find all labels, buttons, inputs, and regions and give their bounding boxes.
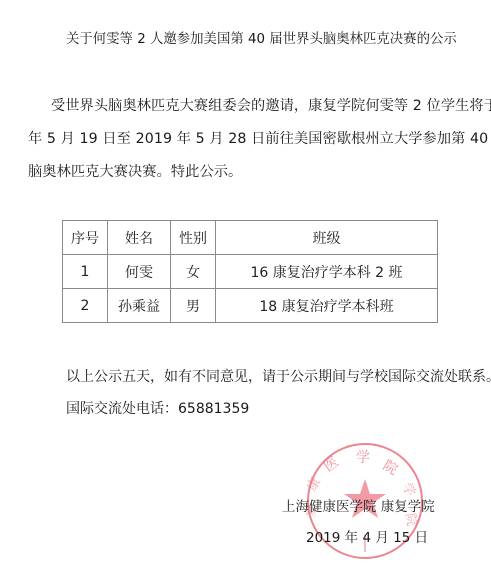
svg-text:医: 医	[321, 454, 342, 475]
cell-class: 16 康复治疗学本科 2 班	[216, 255, 438, 289]
page-title: 关于何雯等 2 人邀参加美国第 40 届世界头脑奥林匹克决赛的公示	[66, 28, 457, 47]
signature-institution: 上海健康医学院 康复学院	[282, 495, 435, 515]
table-header-row: 序号 姓名 性别 班级	[63, 221, 438, 255]
header-gender: 性别	[171, 221, 216, 255]
svg-text:学: 学	[356, 450, 370, 466]
body-line-3: 脑奥林匹克大赛决赛。特此公示。	[28, 161, 242, 181]
signature-date: 2019 年 4 月 15 日	[306, 526, 428, 546]
notice-text: 以上公示五天，如有不同意见，请于公示期间与学校国际交流处联系。	[66, 366, 491, 386]
cell-class: 18 康复治疗学本科班	[216, 289, 438, 323]
cell-index: 1	[63, 255, 108, 289]
table-row: 1 何雯 女 16 康复治疗学本科 2 班	[63, 255, 438, 289]
body-line-1: 受世界头脑奥林匹克大赛组委会的邀请，康复学院何雯等 2 位学生将于 2019	[51, 95, 491, 115]
cell-gender: 男	[171, 289, 216, 323]
header-index: 序号	[63, 221, 108, 255]
svg-text:院: 院	[380, 458, 400, 479]
svg-text:康: 康	[306, 475, 324, 494]
cell-index: 2	[63, 289, 108, 323]
contact-phone: 国际交流处电话：65881359	[66, 398, 249, 418]
header-class: 班级	[216, 221, 438, 255]
body-line-2: 年 5 月 19 日至 2019 年 5 月 28 日前往美国密歇根州立大学参加…	[28, 128, 491, 148]
table-row: 2 孙乘益 男 18 康复治疗学本科班	[63, 289, 438, 323]
cell-name: 孙乘益	[108, 289, 171, 323]
student-table: 序号 姓名 性别 班级 1 何雯 女 16 康复治疗学本科 2 班 2 孙乘益 …	[62, 220, 438, 323]
cell-name: 何雯	[108, 255, 171, 289]
header-name: 姓名	[108, 221, 171, 255]
cell-gender: 女	[171, 255, 216, 289]
